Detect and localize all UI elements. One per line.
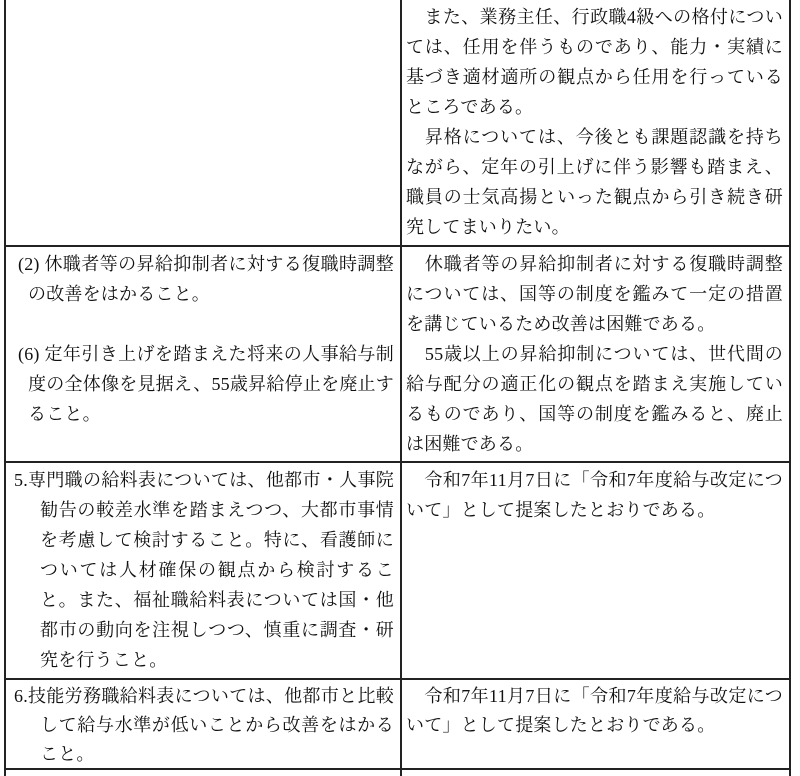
table-row: また、業務主任、行政職4級への格付については、任用を伴うものであり、能力・実績に… xyxy=(6,0,789,247)
document-page: また、業務主任、行政職4級への格付については、任用を伴うものであり、能力・実績に… xyxy=(0,0,800,776)
demand-item: (2) 休職者等の昇給抑制者に対する復職時調整の改善をはかること。 xyxy=(10,249,394,309)
table-row: (2) 休職者等の昇給抑制者に対する復職時調整の改善をはかること。 (6) 定年… xyxy=(6,247,789,463)
response-paragraph: また、業務主任、行政職4級への格付については、任用を伴うものであり、能力・実績に… xyxy=(406,2,783,122)
table-row: 6.技能労務職給料表については、他都市と比較して給与水準が低いことから改善をはか… xyxy=(6,680,789,770)
demand-cell: 5.専門職の給料表については、他都市・人事院勧告の較差水準を踏まえつつ、大都市事… xyxy=(6,463,402,678)
response-paragraph: 休職者等の昇給抑制者に対する復職時調整については、国等の制度を鑑みて一定の措置を… xyxy=(406,249,783,339)
response-paragraph: 昇格については、今後とも課題認識を持ちながら、定年の引上げに伴う影響も踏まえ、職… xyxy=(406,122,783,242)
demand-cell xyxy=(6,0,402,245)
demand-item: 6.技能労務職給料表については、他都市と比較して給与水準が低いことから改善をはか… xyxy=(10,682,394,768)
response-cell: 令和7年11月7日に「令和7年度給与改定について」として提案したとおりである。 xyxy=(402,463,789,678)
demand-cell xyxy=(6,770,402,776)
response-cell: また、業務主任、行政職4級への格付については、任用を伴うものであり、能力・実績に… xyxy=(402,0,789,245)
demand-item: (6) 定年引き上げを踏まえた将来の人事給与制度の全体像を見据え、55歳昇給停止… xyxy=(10,339,394,429)
response-cell xyxy=(402,770,789,776)
demand-response-table: また、業務主任、行政職4級への格付については、任用を伴うものであり、能力・実績に… xyxy=(4,0,791,776)
response-paragraph: 令和7年11月7日に「令和7年度給与改定について」として提案したとおりである。 xyxy=(406,682,783,740)
demand-cell: (2) 休職者等の昇給抑制者に対する復職時調整の改善をはかること。 (6) 定年… xyxy=(6,247,402,461)
response-cell: 令和7年11月7日に「令和7年度給与改定について」として提案したとおりである。 xyxy=(402,680,789,768)
table-row: 5.専門職の給料表については、他都市・人事院勧告の較差水準を踏まえつつ、大都市事… xyxy=(6,463,789,680)
response-cell: 休職者等の昇給抑制者に対する復職時調整については、国等の制度を鑑みて一定の措置を… xyxy=(402,247,789,461)
response-paragraph: 55歳以上の昇給抑制については、世代間の給与配分の適正化の観点を踏まえ実施してい… xyxy=(406,339,783,459)
demand-item: 5.専門職の給料表については、他都市・人事院勧告の較差水準を踏まえつつ、大都市事… xyxy=(10,465,394,675)
demand-cell: 6.技能労務職給料表については、他都市と比較して給与水準が低いことから改善をはか… xyxy=(6,680,402,768)
response-paragraph: 令和7年11月7日に「令和7年度給与改定について」として提案したとおりである。 xyxy=(406,465,783,525)
table-row-partial xyxy=(6,770,789,776)
